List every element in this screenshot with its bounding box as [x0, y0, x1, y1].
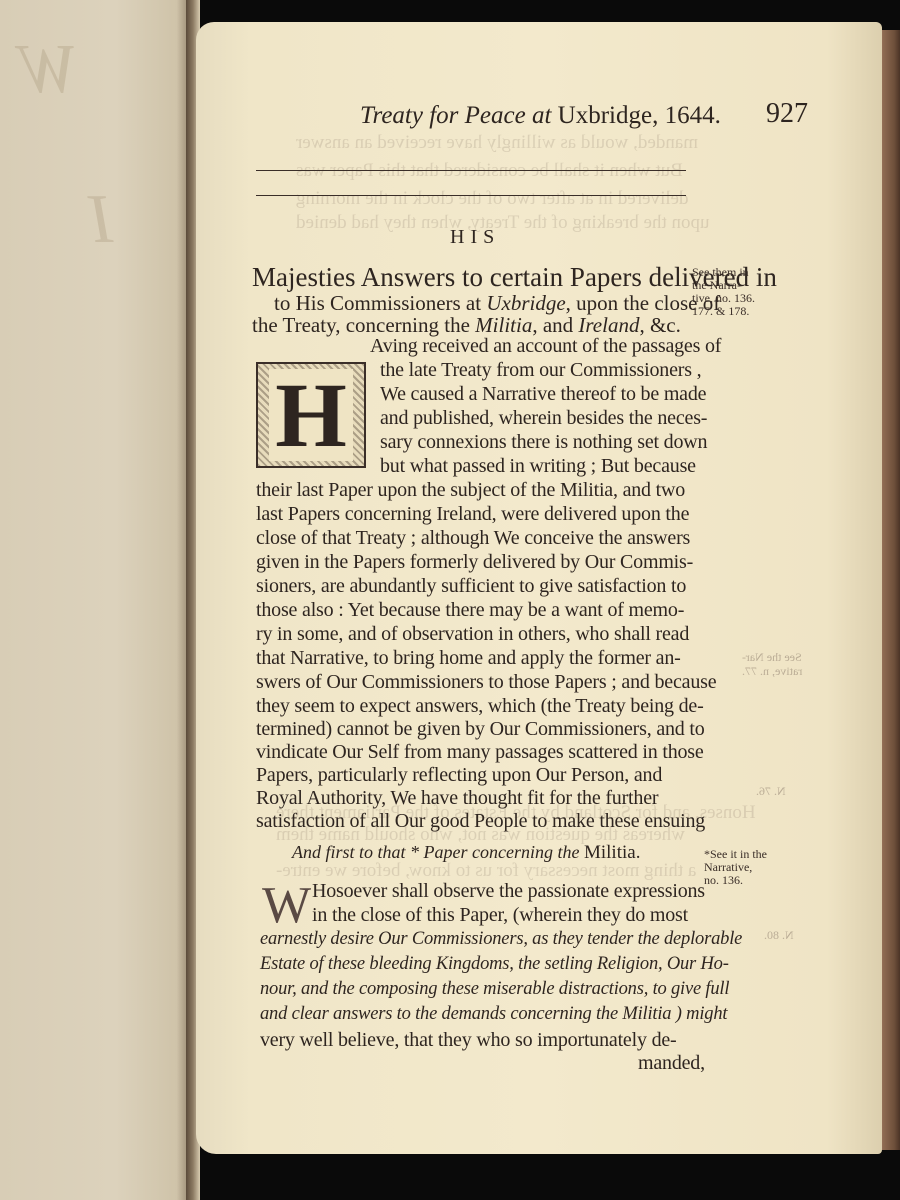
- heading-text: , &c.: [639, 313, 680, 337]
- text-line: manded,: [638, 1052, 705, 1075]
- text-line: We caused a Narrative thereof to be made: [380, 383, 706, 406]
- text-line: termined) cannot be given by Our Commiss…: [256, 718, 705, 741]
- text-line: swers of Our Commissioners to those Pape…: [256, 671, 716, 694]
- text-line-italic: Estate of these bleeding Kingdoms, the s…: [260, 954, 729, 975]
- heading-text: the Treaty, concerning the: [252, 313, 475, 337]
- margin-note-2: *See it in the Narrative, no. 136.: [704, 848, 767, 887]
- bleed-through-line: delivered in at after two of the clock i…: [296, 188, 689, 210]
- initial-letter-w: W: [262, 880, 311, 932]
- bleed-through-line: manded, would as willingly have received…: [296, 132, 698, 154]
- text-line: in the close of this Paper, (wherein the…: [312, 904, 688, 927]
- text-line: given in the Papers formerly delivered b…: [256, 551, 693, 574]
- show-through-margin-note: See the Nar-: [742, 650, 802, 665]
- heading-ireland: Ireland: [578, 313, 639, 337]
- show-through-marks: I: [90, 180, 113, 260]
- text-line-italic: earnestly desire Our Commissioners, as t…: [260, 929, 742, 950]
- header-rule-bottom: [256, 195, 686, 196]
- text-line: last Papers concerning Ireland, were del…: [256, 503, 689, 526]
- text-line: vindicate Our Self from many passages sc…: [256, 741, 704, 764]
- text-line: ry in some, and of observation in others…: [256, 623, 689, 646]
- header-rule-top: [256, 170, 686, 171]
- page-number: 927: [766, 98, 808, 130]
- text-line: sary connexions there is nothing set dow…: [380, 431, 707, 454]
- text-line: those also : Yet because there may be a …: [256, 599, 684, 622]
- decorated-initial-h: H: [256, 362, 366, 468]
- text-line: and published, wherein besides the neces…: [380, 407, 707, 430]
- show-through-margin-note: N. 80.: [764, 928, 794, 943]
- text-line: Hosoever shall observe the passionate ex…: [312, 880, 705, 903]
- heading-place: Uxbridge: [486, 291, 565, 315]
- running-title-italic: Treaty for Peace at: [360, 102, 551, 129]
- show-through-margin-note: N. 76.: [756, 784, 786, 799]
- bleed-through-line: upon the breaking of the Treaty, when th…: [296, 212, 710, 234]
- text-line: Royal Authority, We have thought fit for…: [256, 787, 658, 810]
- text-line: sioners, are abundantly sufficient to gi…: [256, 575, 686, 598]
- text-line: but what passed in writing ; But because: [380, 455, 696, 478]
- show-through-marks: W: [20, 30, 78, 110]
- section-heading: And first to that * Paper concerning the…: [292, 842, 640, 864]
- margin-note-1: See them in the Narra- tive, no. 136. 17…: [692, 266, 755, 318]
- text-line: they seem to expect answers, which (the …: [256, 695, 704, 718]
- heading-text: to His Commissioners at: [274, 291, 486, 315]
- margin-note-line: no. 136.: [704, 874, 767, 887]
- running-title-roman: Uxbridge, 1644.: [558, 102, 721, 129]
- text-line-italic: and clear answers to the demands concern…: [260, 1004, 727, 1025]
- section-heading-roman: Militia.: [584, 842, 640, 863]
- text-line: very well believe, that they who so impo…: [260, 1029, 677, 1052]
- running-head: Treaty for Peace at Uxbridge, 1644. 927: [256, 90, 816, 130]
- text-line: close of that Treaty ; although We conce…: [256, 527, 690, 550]
- heading-militia: Militia: [475, 313, 532, 337]
- book-page: manded, would as willingly have received…: [196, 22, 882, 1154]
- text-line: the late Treaty from our Commissioners ,: [380, 359, 701, 382]
- text-line: Aving received an account of the passage…: [370, 335, 721, 358]
- heading-his: HIS: [450, 226, 500, 249]
- section-heading-italic: And first to that * Paper concerning the: [292, 842, 584, 862]
- bleed-through-line: But when it shall be considered that thi…: [296, 160, 683, 182]
- text-line: that Narrative, to bring home and apply …: [256, 647, 681, 670]
- show-through-margin-note: rative, n. 77.: [742, 664, 802, 679]
- text-line: satisfaction of all Our good People to m…: [256, 810, 705, 833]
- text-line: Papers, particularly reflecting upon Our…: [256, 764, 662, 787]
- margin-note-line: 177. & 178.: [692, 305, 755, 318]
- running-title: Treaty for Peace at Uxbridge, 1644.: [360, 102, 721, 130]
- facing-left-page: W I: [0, 0, 192, 1200]
- text-line: their last Paper upon the subject of the…: [256, 479, 685, 502]
- heading-text: , and: [532, 313, 578, 337]
- initial-letter: H: [269, 369, 353, 461]
- text-line-italic: nour, and the composing these miserable …: [260, 979, 729, 1000]
